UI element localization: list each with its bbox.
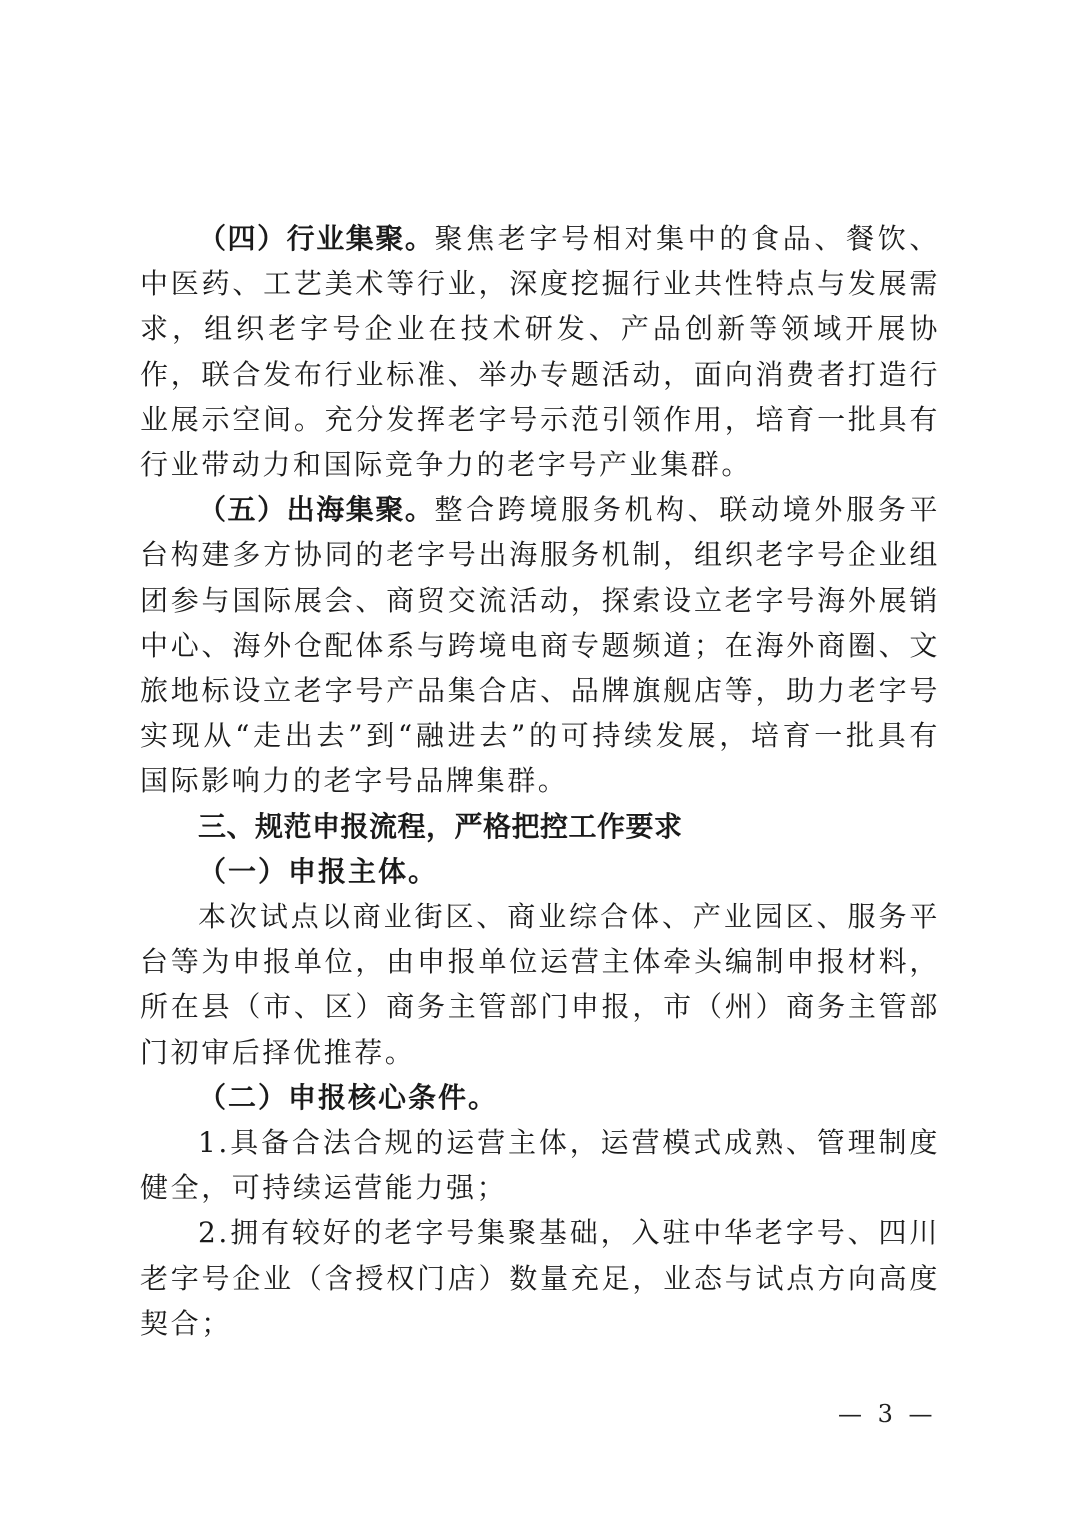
paragraph-body: 本次试点以商业街区、商业综合体、产业园区、服务平台等为申报单位，由申报单位运营主…: [140, 900, 940, 1069]
paragraph-condition-1: 1.具备合法合规的运营主体，运营模式成熟、管理制度健全，可持续运营能力强；: [140, 1120, 940, 1210]
page-number: — 3 —: [838, 1400, 937, 1428]
paragraph-body: 整合跨境服务机构、联动境外服务平台构建多方协同的老字号出海服务机制，组织老字号企…: [140, 493, 940, 797]
paragraph-body: 2.拥有较好的老字号集聚基础，入驻中华老字号、四川老字号企业（含授权门店）数量充…: [140, 1216, 940, 1339]
paragraph-applicant: 本次试点以商业街区、商业综合体、产业园区、服务平台等为申报单位，由申报单位运营主…: [140, 894, 940, 1075]
paragraph-lead: （四）行业集聚。: [198, 222, 434, 255]
section-heading: 三、规范申报流程，严格把控工作要求: [140, 804, 940, 849]
paragraph-industry-cluster: （四）行业集聚。聚焦老字号相对集中的食品、餐饮、中医药、工艺美术等行业，深度挖掘…: [140, 216, 940, 487]
subheading-core-conditions: （二）申报核心条件。: [140, 1075, 940, 1120]
paragraph-body: 聚焦老字号相对集中的食品、餐饮、中医药、工艺美术等行业，深度挖掘行业共性特点与发…: [140, 222, 940, 481]
paragraph-condition-2: 2.拥有较好的老字号集聚基础，入驻中华老字号、四川老字号企业（含授权门店）数量充…: [140, 1210, 940, 1346]
paragraph-lead: （五）出海集聚。: [198, 493, 434, 526]
document-page: （四）行业集聚。聚焦老字号相对集中的食品、餐饮、中医药、工艺美术等行业，深度挖掘…: [140, 216, 940, 1346]
paragraph-body: 1.具备合法合规的运营主体，运营模式成熟、管理制度健全，可持续运营能力强；: [140, 1126, 940, 1204]
paragraph-overseas-cluster: （五）出海集聚。整合跨境服务机构、联动境外服务平台构建多方协同的老字号出海服务机…: [140, 487, 940, 803]
subheading-applicant: （一）申报主体。: [140, 849, 940, 894]
